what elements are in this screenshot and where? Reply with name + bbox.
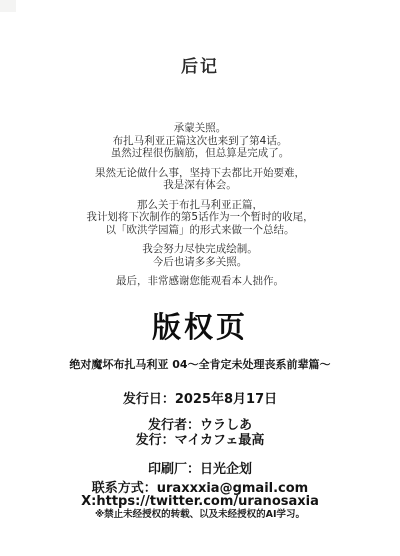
afterword-title: 后记	[0, 0, 400, 77]
afterword-line: 最后，非常感谢您能观看本人拙作。	[0, 275, 400, 288]
afterword-body: 承蒙关照。 布扎马利亚正篇这次也来到了第4话。 虽然过程很伤脑筋，但总算是完成了…	[0, 122, 400, 288]
colophon-title: 版权页	[0, 310, 400, 344]
afterword-paragraph: 我会努力尽快完成绘制。 今后也请多多关照。	[0, 243, 400, 268]
publisher-block: 发行者：ウラしあ 发行：マイカフェ最高	[0, 418, 400, 448]
afterword-line: 我计划将下次制作的第5话作为一个暂时的收尾，	[0, 211, 400, 224]
afterword-line: 果然无论做什么事，坚持下去都比开始要难，	[0, 167, 400, 180]
afterword-paragraph: 果然无论做什么事，坚持下去都比开始要难， 我是深有体会。	[0, 167, 400, 192]
book-title: 绝对魔坏布扎马利亚 04～全肯定未处理丧系前辈篇～	[0, 356, 400, 372]
contact-x-url: X:https://twitter.com/uranosaxia	[0, 495, 400, 509]
scanned-colophon-page: 后记 承蒙关照。 布扎马利亚正篇这次也来到了第4话。 虽然过程很伤脑筋，但总算是…	[0, 0, 400, 556]
publisher-circle: 发行：マイカフェ最高	[0, 433, 400, 448]
release-date: 发行日：2025年8月17日	[0, 388, 400, 407]
afterword-line: 以「欧洪学园篇」的形式来做一个总结。	[0, 224, 400, 237]
afterword-paragraph: 最后，非常感谢您能观看本人拙作。	[0, 275, 400, 288]
afterword-line: 承蒙关照。	[0, 122, 400, 135]
afterword-line: 今后也请多多关照。	[0, 256, 400, 269]
afterword-line: 布扎马利亚正篇这次也来到了第4话。	[0, 135, 400, 148]
afterword-paragraph: 承蒙关照。 布扎马利亚正篇这次也来到了第4话。 虽然过程很伤脑筋，但总算是完成了…	[0, 122, 400, 160]
publisher-person: 发行者：ウラしあ	[0, 418, 400, 433]
printer: 印刷厂：日光企划	[0, 458, 400, 477]
afterword-line: 那么关于布扎马利亚正篇，	[0, 199, 400, 212]
afterword-paragraph: 那么关于布扎马利亚正篇， 我计划将下次制作的第5话作为一个暂时的收尾， 以「欧洪…	[0, 199, 400, 237]
copyright-notice: ※禁止未经授权的转载、以及未经授权的AI学习。	[0, 509, 400, 521]
contact-email: 联系方式：uraxxxia@gmail.com	[0, 482, 400, 496]
afterword-line: 虽然过程很伤脑筋，但总算是完成了。	[0, 147, 400, 160]
afterword-line: 我是深有体会。	[0, 179, 400, 192]
afterword-line: 我会努力尽快完成绘制。	[0, 243, 400, 256]
scan-artifact	[0, 0, 16, 12]
contact-block: 联系方式：uraxxxia@gmail.com X:https://twitte…	[0, 482, 400, 521]
